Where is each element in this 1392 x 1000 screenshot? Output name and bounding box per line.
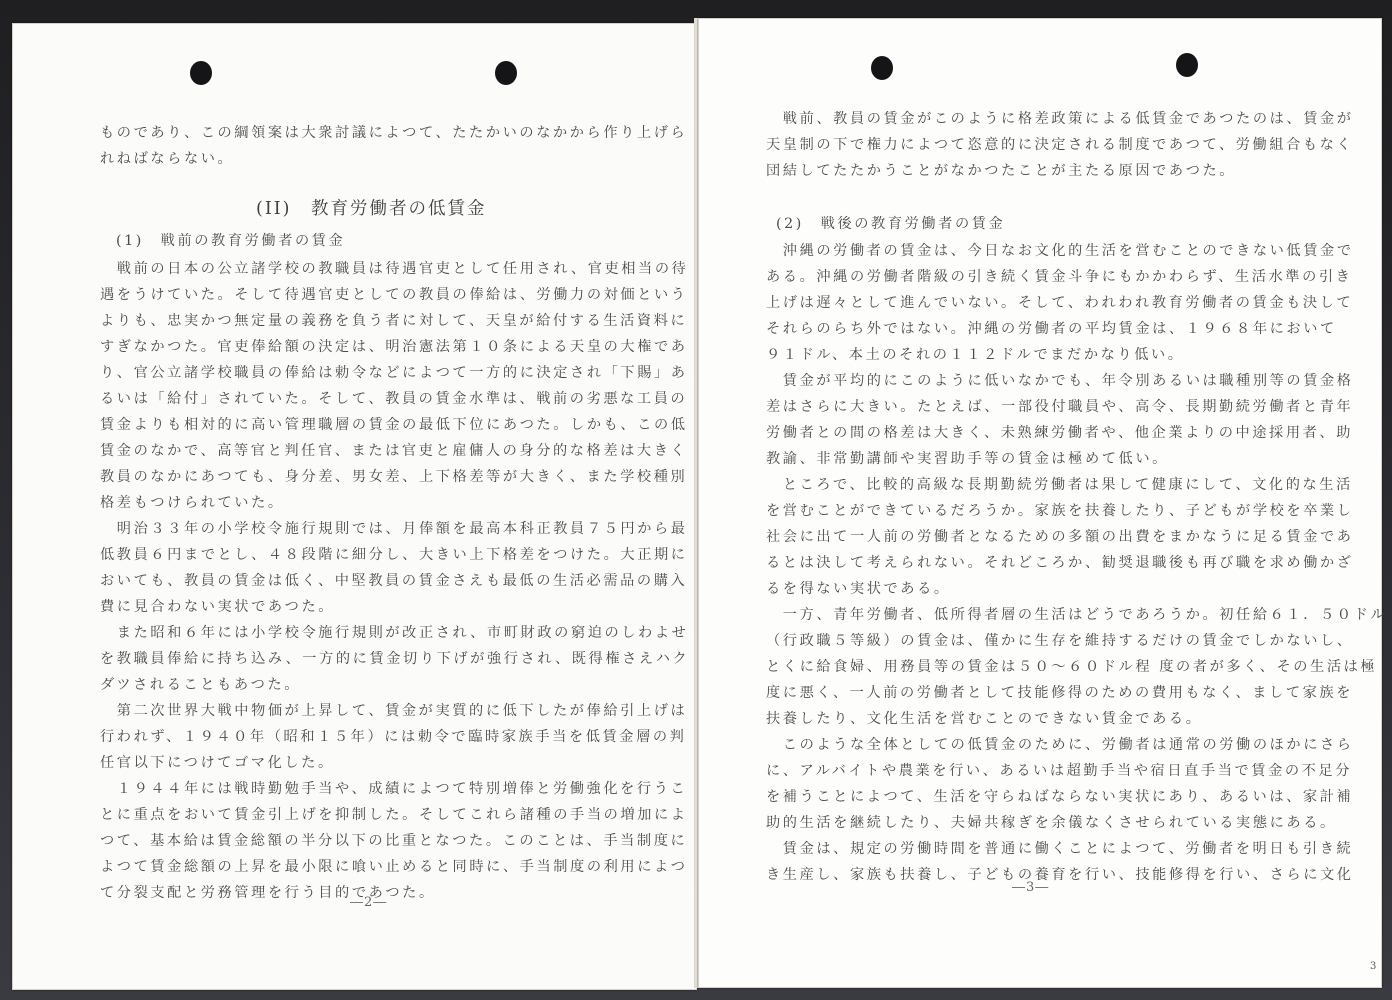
text-line: 沖縄の労働者の賃金は、今日なお文化的生活を営むことのできない低賃金で	[766, 238, 1387, 264]
text-line: このような全体としての低賃金のために、労働者は通常の労働のほかにさら	[766, 732, 1387, 758]
text-line: ものであり、この綱領案は大衆討議によつて、たたかいのなかから作り上げら	[100, 120, 687, 146]
text-line: 第二次世界大戦中物価が上昇して、賃金が実質的に低下したが俸給引上げは	[100, 698, 689, 724]
text-line: 戦前、教員の賃金がこのように格差政策による低賃金であつたのは、賃金が	[766, 106, 1354, 132]
text-line: を営むことができているだろうか。家族を扶養したり、子どもが学校を卒業し	[766, 498, 1387, 524]
corner-mark: 3	[1370, 961, 1376, 972]
text-line: るとは決して考えられない。それどころか、勧奨退職後も再び職を求め働かざ	[766, 550, 1387, 576]
text-line: ある。沖縄の労働者階級の引き続く賃金斗争にもかかわらず、生活水準の引き	[766, 264, 1387, 290]
text-line: 費に見合わない実状であつた。	[100, 594, 689, 620]
text-line: 教諭、非常勤講師や実習助手等の賃金は極めて低い。	[766, 446, 1387, 472]
text-line: 助的生活を継続したり、夫婦共稼ぎを余儀なくさせられている実態にある。	[766, 810, 1387, 836]
text-line: 一方、青年労働者、低所得者層の生活はどうであろうか。初任給６１．５０ドル	[766, 602, 1387, 628]
text-line: （行政職５等級）の賃金は、僅かに生存を維持するだけの賃金でしかないし、	[766, 628, 1387, 654]
text-line: おいても、教員の賃金は低く、中堅教員の賃金さえも最低の生活必需品の購入	[100, 568, 689, 594]
punch-hole-icon	[190, 61, 212, 85]
text-line: るいは「給付」されていた。そして、教員の賃金水準は、戦前の劣悪な工員の	[100, 386, 689, 412]
text-line: よりも、忠実かつ無定量の義務を負う者に対して、天皇が給付する生活資料に	[100, 308, 689, 334]
text-line: るを得ない実状である。	[766, 576, 1387, 602]
text-line: を補うことによつて、生活を守らねばならない実状にあり、あるいは、家計補	[766, 784, 1387, 810]
text-line: つて、基本給は賃金総額の半分以下の比重となつた。このことは、手当制度に	[100, 828, 689, 854]
page-number: ―2―	[350, 895, 387, 910]
text-line: ９１ドル、本土のそれの１１２ドルでまだかなり低い。	[766, 342, 1387, 368]
text-line: 差はさらに大きい。たとえば、一部役付職員や、高令、長期勤続労働者と青年	[766, 394, 1387, 420]
text-line: 賃金よりも相対的に高い管理職層の賃金の最低下位にあつた。しかも、この低	[100, 412, 689, 438]
text-line: て分裂支配と労務管理を行う目的であつた。	[100, 880, 689, 906]
text-line: 賃金が平均的にこのように低いなかでも、年令別あるいは職種別等の賃金格	[766, 368, 1387, 394]
punch-hole-icon	[871, 56, 893, 80]
text-line: 遇をうけていた。そして待遇官吏としての教員の俸給は、労働力の対価という	[100, 282, 689, 308]
text-line: ダツされることもあつた。	[100, 672, 689, 698]
text-line: とくに給食婦、用務員等の賃金は５０～６０ドル程 度の者が多く、その生活は極	[766, 654, 1387, 680]
text-line: 賃金のなかで、高等官と判任官、または官吏と雇傭人の身分的な格差は大きく	[100, 438, 689, 464]
text-line: き生産し、家族も扶養し、子どもの養育を行い、技能修得を行い、さらに文化	[766, 862, 1387, 888]
punch-hole-icon	[1176, 53, 1198, 77]
left-body-text: 戦前の日本の公立諸学校の教職員は待遇官吏として任用され、官吏相当の待遇をうけてい…	[100, 256, 689, 906]
subsection-heading: (1) 戦前の教育労働者の賃金	[116, 230, 345, 250]
text-line: 戦前の日本の公立諸学校の教職員は待遇官吏として任用され、官吏相当の待	[100, 256, 689, 282]
page-number: ―3―	[1012, 880, 1049, 895]
punch-hole-icon	[495, 61, 517, 85]
section-heading: (II) 教育労働者の低賃金	[256, 191, 486, 227]
text-line: 明治３３年の小学校令施行規則では、月俸額を最高本科正教員７５円から最	[100, 516, 689, 542]
right-intro-text: 戦前、教員の賃金がこのように格差政策による低賃金であつたのは、賃金が 天皇制の下…	[766, 106, 1354, 184]
text-line: すぎなかつた。官吏俸給額の決定は、明治憲法第１０条による天皇の大権であ	[100, 334, 689, 360]
text-line: また昭和６年には小学校令施行規則が改正され、市町財政の窮迫のしわよせ	[100, 620, 689, 646]
text-line: １９４４年には戦時勤勉手当や、成績によつて特別増俸と労働強化を行うこ	[100, 776, 689, 802]
text-line: 任官以下につけてゴマ化した。	[100, 750, 689, 776]
text-line: それらのらち外ではない。沖縄の労働者の平均賃金は、１９６８年において	[766, 316, 1387, 342]
text-line: 団結してたたかうことがなかつたことが主たる原因であつた。	[766, 158, 1354, 184]
text-line: 度に悪く、一人前の労働者として技能修得のための費用もなく、まして家族を	[766, 680, 1387, 706]
text-line: 社会に出て一人前の労働者となるための多額の出費をまかなうに足る賃金であ	[766, 524, 1387, 550]
text-line: 格差もつけられていた。	[100, 490, 689, 516]
text-line: 行われず、１９４０年（昭和１５年）には勅令で臨時家族手当を低賃金層の判	[100, 724, 689, 750]
text-line: 天皇制の下で権力によつて恣意的に決定される制度であつて、労働組合もなく	[766, 132, 1354, 158]
text-line: 賃金は、規定の労働時間を普通に働くことによつて、労働者を明日も引き続	[766, 836, 1387, 862]
text-line: 教員のなかにあつても、身分差、男女差、上下格差等が大きく、また学校種別	[100, 464, 689, 490]
text-line: とに重点をおいて賃金引上げを抑制した。そしてこれら諸種の手当の増加によ	[100, 802, 689, 828]
text-line: ところで、比較的高級な長期勤続労働者は果して健康にして、文化的な生活	[766, 472, 1387, 498]
text-line: れねばならない。	[100, 146, 687, 172]
text-line: に、アルバイトや農業を行い、あるいは超勤手当や宿日直手当で賃金の不足分	[766, 758, 1387, 784]
text-line: り、官公立諸学校職員の俸給は勅令などによつて一方的に決定され「下賜」あ	[100, 360, 689, 386]
text-line: 上げは遅々として進んでいない。そして、われわれ教育労働者の賃金も決して	[766, 290, 1387, 316]
text-line: 低教員６円までとし、４８段階に細分し、大きい上下格差をつけた。大正期に	[100, 542, 689, 568]
right-body-text: 沖縄の労働者の賃金は、今日なお文化的生活を営むことのできない低賃金である。沖縄の…	[766, 238, 1387, 888]
text-line: 労働者との間の格差は大きく、未熟練労働者や、他企業よりの中途採用者、助	[766, 420, 1387, 446]
left-intro-text: ものであり、この綱領案は大衆討議によつて、たたかいのなかから作り上げら れねばな…	[100, 120, 687, 172]
subsection-heading: (2) 戦後の教育労働者の賃金	[776, 213, 1005, 233]
text-line: を教職員俸給に持ち込み、一方的に賃金切り下げが強行され、既得権さえハク	[100, 646, 689, 672]
text-line: 扶養したり、文化生活を営むことのできない賃金である。	[766, 706, 1387, 732]
text-line: よつて賃金総額の上昇を最小限に喰い止めると同時に、手当制度の利用によつ	[100, 854, 689, 880]
